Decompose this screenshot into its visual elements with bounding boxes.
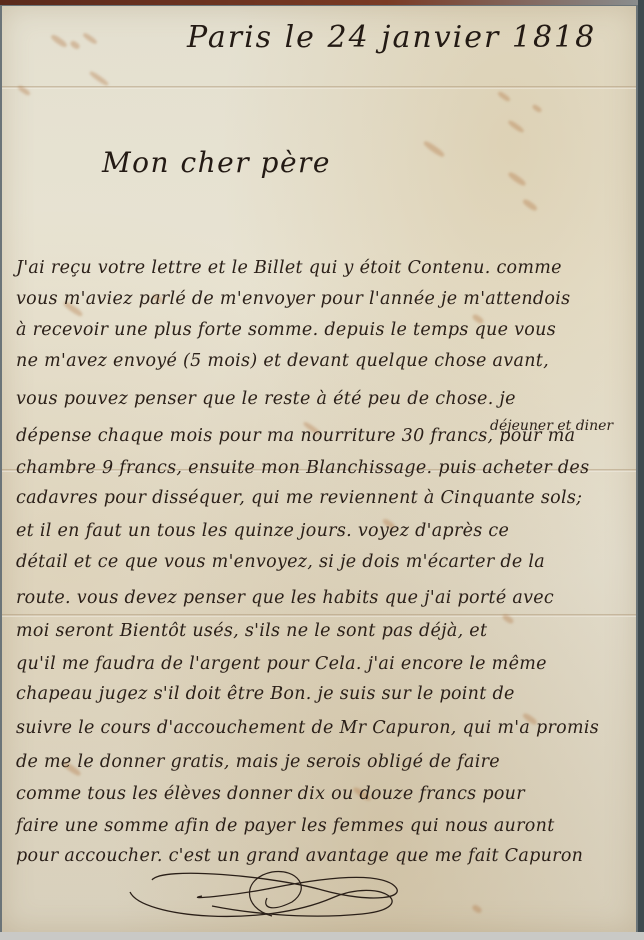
letter-line: suivre le cours d'accouchement de Mr Cap…	[16, 718, 599, 738]
letter-paper: Paris le 24 janvier 1818 Mon cher père d…	[2, 6, 636, 932]
foxing-stain	[471, 904, 483, 915]
foxing-stain	[522, 198, 539, 212]
background-edge-right	[638, 0, 644, 940]
paper-fold-line	[2, 86, 636, 89]
paper-fold-line	[2, 614, 636, 617]
foxing-stain	[89, 70, 110, 87]
letter-line: à recevoir une plus forte somme. depuis …	[16, 320, 556, 340]
letter-dateline: Paris le 24 janvier 1818	[187, 20, 596, 55]
foxing-stain	[497, 90, 511, 102]
letter-line: dépense chaque mois pour ma nourriture 3…	[16, 426, 575, 446]
letter-line: moi seront Bientôt usés, s'ils ne le son…	[16, 621, 487, 641]
letter-line: faire une somme afin de payer les femmes…	[16, 816, 555, 836]
foxing-stain	[82, 32, 98, 45]
letter-line: J'ai reçu votre lettre et le Billet qui …	[16, 258, 562, 278]
signature-flourish	[122, 868, 422, 928]
foxing-stain	[50, 33, 68, 48]
letter-line: chapeau jugez s'il doit être Bon. je sui…	[16, 684, 515, 704]
foxing-stain	[531, 104, 542, 114]
foxing-stain	[422, 140, 445, 159]
letter-line: et il en faut un tous les quinze jours. …	[16, 521, 509, 541]
foxing-stain	[507, 119, 525, 133]
letter-line: pour accoucher. c'est un grand avantage …	[16, 846, 583, 866]
letter-salutation: Mon cher père	[102, 146, 331, 179]
background-edge-bottom	[0, 932, 644, 940]
letter-line: route. vous devez penser que les habits …	[16, 588, 554, 608]
letter-line: chambre 9 francs, ensuite mon Blanchissa…	[16, 458, 589, 478]
foxing-stain	[69, 40, 81, 51]
letter-line: vous m'aviez parlé de m'envoyer pour l'a…	[16, 289, 570, 309]
foxing-stain	[507, 171, 527, 187]
letter-line: de me le donner gratis, mais je serois o…	[16, 752, 500, 772]
letter-line: ne m'avez envoyé (5 mois) et devant quel…	[16, 351, 549, 371]
letter-line: détail et ce que vous m'envoyez, si je d…	[16, 552, 545, 572]
letter-line: comme tous les élèves donner dix ou douz…	[16, 784, 525, 804]
letter-line: vous pouvez penser que le reste à été pe…	[16, 389, 516, 409]
letter-line: cadavres pour disséquer, qui me revienne…	[16, 488, 582, 508]
letter-line: qu'il me faudra de l'argent pour Cela. j…	[16, 654, 547, 674]
document-photo: Paris le 24 janvier 1818 Mon cher père d…	[0, 0, 644, 940]
background-edge-top	[0, 0, 644, 5]
